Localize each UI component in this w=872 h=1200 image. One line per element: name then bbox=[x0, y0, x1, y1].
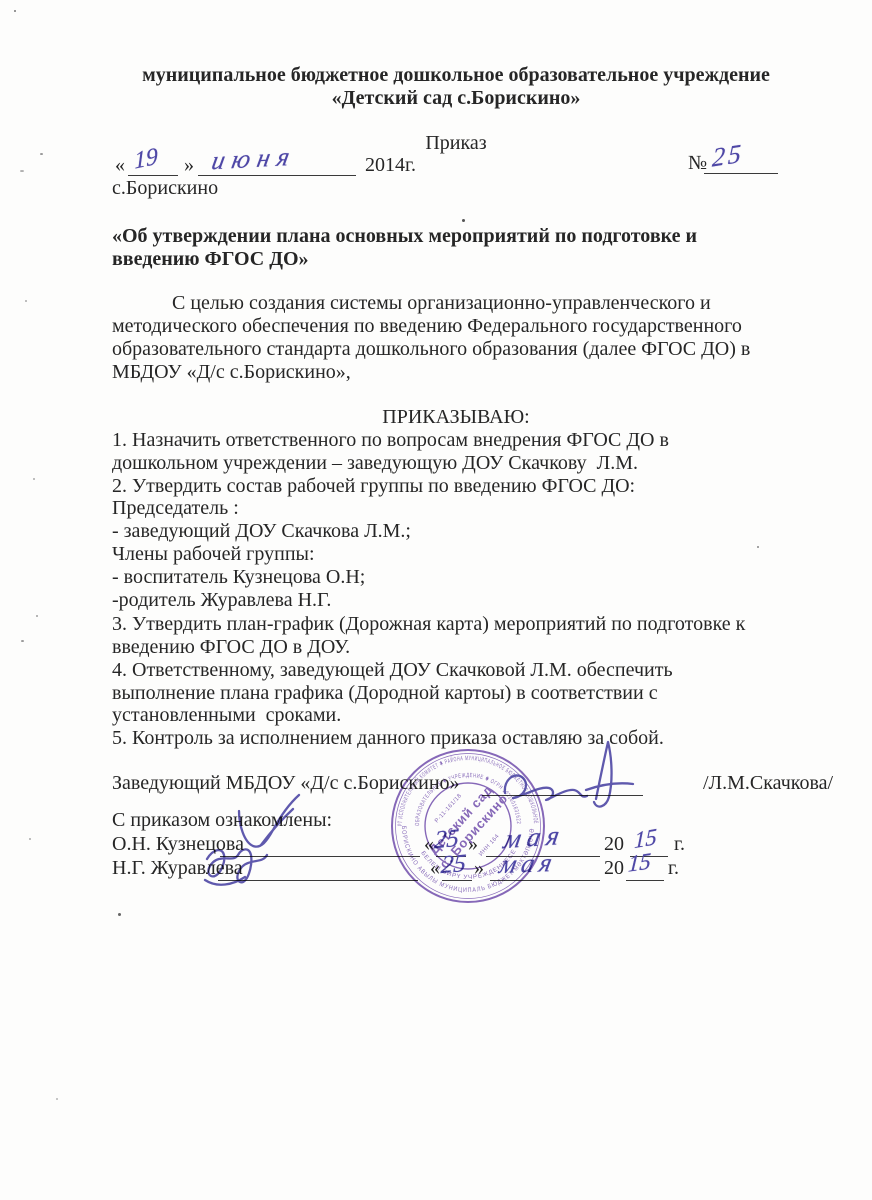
preamble-line: С целью создания системы организационно-… bbox=[172, 292, 800, 315]
scan-speck bbox=[56, 1098, 58, 1100]
preamble-line: образовательного стандарта дошкольного о… bbox=[112, 338, 800, 361]
place-line: с.Борискино bbox=[112, 177, 800, 200]
subject-line1: «Об утверждении плана основных мероприят… bbox=[112, 225, 800, 248]
ack-year-suffix: г. bbox=[668, 857, 679, 880]
date-open-quote: « bbox=[115, 154, 125, 177]
scan-speck bbox=[29, 838, 31, 840]
scan-speck bbox=[462, 219, 465, 222]
ack-year-suffix: г. bbox=[674, 833, 685, 856]
body-line: 3. Утвердить план-график (Дорожная карта… bbox=[112, 613, 800, 636]
scan-speck bbox=[40, 153, 43, 155]
ack-open-quote: « bbox=[430, 857, 440, 880]
preamble-line: МБДОУ «Д/с с.Борискино», bbox=[112, 361, 800, 384]
order-word: ПРИКАЗЫВАЮ: bbox=[112, 406, 800, 429]
body-line: - воспитатель Кузнецова О.Н; bbox=[112, 566, 800, 589]
date-close-quote: » bbox=[184, 154, 194, 177]
date-year: 2014г. bbox=[365, 154, 416, 177]
ack-century: 20 bbox=[604, 857, 624, 880]
ack-close-quote: » bbox=[474, 857, 484, 880]
scan-speck bbox=[36, 615, 38, 617]
scan-speck bbox=[118, 913, 121, 916]
body-line: -родитель Журавлева Н.Г. bbox=[112, 589, 800, 612]
ack-close-quote: » bbox=[468, 833, 478, 856]
body-line: - заведующий ДОУ Скачкова Л.М.; bbox=[112, 520, 800, 543]
ack-century: 20 bbox=[604, 833, 624, 856]
body-line: 5. Контроль за исполнением данного прика… bbox=[112, 727, 800, 750]
director-label: Заведующий МБДОУ «Д/с с.Борискино» bbox=[112, 772, 460, 795]
scanned-order-document: муниципальное бюджетное дошкольное образ… bbox=[0, 0, 872, 1200]
body-line: 4. Ответственному, заведующей ДОУ Скачко… bbox=[112, 659, 800, 682]
body-line: установленными сроками. bbox=[112, 704, 800, 727]
handwritten-day: 25 bbox=[440, 850, 467, 881]
body-line: введению ФГОС ДО в ДОУ. bbox=[112, 636, 800, 659]
scan-speck bbox=[20, 170, 24, 172]
scan-speck bbox=[33, 478, 35, 480]
body-line: 2. Утвердить состав рабочей группы по вв… bbox=[112, 475, 800, 498]
scan-speck bbox=[21, 640, 24, 642]
org-name-line1: муниципальное бюджетное дошкольное образ… bbox=[112, 64, 800, 87]
org-name-line2: «Детский сад с.Борискино» bbox=[112, 87, 800, 110]
body-line: дошкольном учреждении – заведующую ДОУ С… bbox=[112, 452, 800, 475]
scan-speck bbox=[14, 10, 16, 12]
handwritten-day: 19 bbox=[134, 143, 158, 175]
handwritten-number: 25 bbox=[711, 138, 744, 174]
handwritten-month: мая bbox=[497, 848, 560, 880]
preamble-line: методического обеспечения по введению Фе… bbox=[112, 315, 800, 338]
handwritten-month: июня bbox=[209, 142, 299, 177]
body-line: Члены рабочей группы: bbox=[112, 543, 800, 566]
body-line: выполнение плана графика (Дородной карто… bbox=[112, 682, 800, 705]
director-name: /Л.М.Скачкова/ bbox=[703, 772, 833, 795]
handwritten-year: 15 bbox=[627, 848, 652, 878]
scan-speck bbox=[25, 300, 27, 302]
subject-line2: введению ФГОС ДО» bbox=[112, 248, 800, 271]
body-line: 1. Назначить ответственного по вопросам … bbox=[112, 429, 800, 452]
director-signature-blank bbox=[482, 774, 643, 796]
body-line: Председатель : bbox=[112, 497, 800, 520]
ack-signature-blank bbox=[220, 835, 420, 857]
ack-signature-blank bbox=[218, 859, 418, 881]
